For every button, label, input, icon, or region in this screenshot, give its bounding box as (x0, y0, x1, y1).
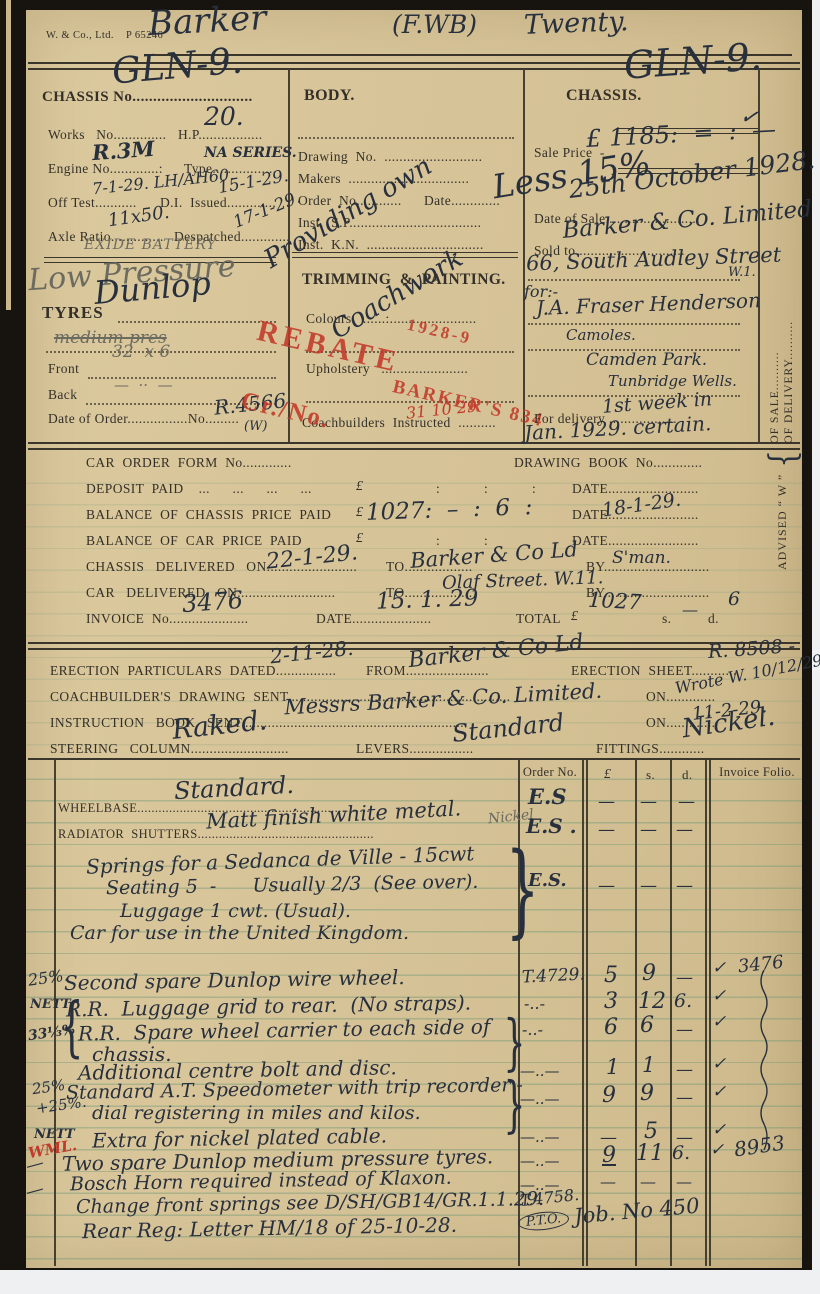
row3-d: — (676, 878, 693, 896)
row1-pounds: — (598, 794, 615, 812)
balance-chassis-currency: £ (356, 506, 363, 521)
chassis-record-card: W. & Co., Ltd. P 65246 Barker (F.WB) Twe… (26, 10, 802, 1268)
erection-dated-label: ERECTION PARTICULARS DATED..............… (50, 664, 336, 678)
total-currency: £ (571, 610, 578, 625)
total-d-value: 6 (728, 590, 740, 610)
row9-check: ✓ (712, 1122, 726, 1140)
inst-kn-label: Inst. K.N. .............................… (298, 238, 484, 252)
row5-order: -..- (524, 996, 545, 1013)
total-d-label: d. (708, 612, 719, 626)
row10-pounds: 9 (602, 1144, 616, 1167)
ledger-margin-line (54, 760, 56, 1266)
ledger-header-invoice-folio: Invoice Folio. (718, 766, 796, 779)
underlying-page-edge (6, 0, 11, 310)
row8-pounds: 9 (602, 1084, 616, 1107)
row4-s: 9 (642, 962, 656, 985)
row7-check: ✓ (712, 1056, 726, 1074)
balance-chassis-label: BALANCE OF CHASSIS PRICE PAID (86, 508, 331, 522)
ledger-pounds-line-b (586, 760, 588, 1266)
sold-to-address2: W.1. (728, 266, 756, 280)
hp-value: 20. (204, 104, 244, 130)
row4-d: — (676, 970, 693, 988)
balance-car-date-label: DATE........................ (572, 534, 699, 548)
body-date-label: Date............. (424, 194, 500, 208)
row11-s: — (640, 1174, 656, 1191)
type-value: NA SERIES. (204, 146, 297, 161)
row3-pounds: — (598, 878, 615, 896)
body-leader (298, 136, 514, 139)
row7-order: —..— (520, 1064, 560, 1080)
total-label: TOTAL (516, 612, 561, 626)
total-pounds: 1027 (587, 589, 642, 614)
sold-to-value: Barker & Co. Limited (561, 197, 812, 243)
ledger-header-pounds: £ (604, 768, 611, 783)
row2-pounds: — (598, 822, 615, 840)
customer-name: J.A. Fraser Henderson (536, 290, 762, 319)
front-label: Front (48, 362, 79, 376)
ledger-top-rule (28, 758, 800, 760)
row1-s: — (640, 794, 657, 812)
row6-d: — (676, 1022, 693, 1040)
row7-pounds: 1 (606, 1056, 619, 1078)
balance-car-currency: £ (356, 532, 363, 547)
row6-pounds: 6 (604, 1016, 618, 1039)
row8-desc2: dial registering in miles and kilos. (92, 1104, 421, 1124)
row8-check: ✓ (712, 1084, 726, 1102)
row9-order: —..— (520, 1130, 560, 1146)
row2-d: — (676, 822, 693, 840)
ledger-header-d: d. (682, 768, 693, 782)
customer-leader-1 (528, 322, 740, 325)
invoice-date-label: DATE..................... (316, 612, 431, 626)
row4-check: ✓ (712, 960, 726, 978)
drawing-no-label: Drawing No. .......................... (298, 150, 482, 164)
fittings-label: FITTINGS............ (596, 742, 705, 756)
steering-column-label: STEERING COLUMN.........................… (50, 742, 289, 756)
row1-order: E.S (528, 786, 566, 808)
invoice-no: 3476 (181, 588, 244, 617)
wheelbase-value: Standard. (173, 773, 294, 804)
body-title: BODY. (304, 88, 355, 105)
row11-d: — (676, 1174, 692, 1191)
deposit-currency: £ (356, 480, 363, 495)
row3-s: — (640, 878, 657, 896)
row10-s: 11 (636, 1142, 664, 1165)
columns-bottom-rule (28, 442, 800, 450)
deposit-label: DEPOSIT PAID ... ... ... ... (86, 482, 312, 496)
row8-d: — (676, 1090, 693, 1108)
sale-price-check: ✓ (738, 105, 760, 131)
ledger-pounds-line-a (582, 760, 584, 1266)
row8-order: —..— (520, 1092, 560, 1108)
row2-s: — (640, 822, 657, 840)
row10-d: 6. (672, 1144, 690, 1164)
rebate-stamp-name: BARKER'S 834 (391, 377, 546, 431)
chassis-right-value: GLN-9. (623, 37, 763, 86)
row7-d: — (676, 1062, 693, 1080)
address-leader-1 (528, 278, 740, 281)
deposit-colon-3: : (532, 482, 536, 496)
row5-s: 12 (638, 990, 666, 1013)
row9-s: 5 (644, 1120, 658, 1143)
row1-d: — (678, 794, 695, 812)
balance-chassis-value: 1027: – : 6 : (366, 495, 533, 525)
row6-order: -..- (522, 1022, 543, 1039)
tyres-leader (118, 320, 276, 323)
drawing-book-label: DRAWING BOOK No............. (514, 456, 702, 470)
inst-sp-label: Inst. S.P...............................… (298, 216, 481, 230)
coachbuilder-name: Barker (147, 1, 267, 43)
customer-address1: Camoles. (566, 328, 636, 344)
total-s-label: s. (662, 612, 671, 626)
tyres-value: Dunlop (93, 267, 212, 311)
chassis-delivered-by: S'man. (612, 550, 671, 568)
springs-line4: Car for use in the United Kingdom. (70, 924, 409, 944)
rebate-stamp-line1: REBATE (254, 315, 403, 378)
chassis-right-label: CHASSIS. (566, 88, 642, 105)
springs-line3: Luggage 1 cwt. (Usual). (120, 902, 351, 922)
chassis-code: (F.WB) (392, 12, 477, 38)
printer-mark: W. & Co., Ltd. P 65246 (46, 30, 163, 41)
axle-ratio-value: 11x50. (107, 204, 171, 231)
model-name: Twenty. (524, 8, 630, 40)
row6-check: ✓ (712, 1014, 726, 1032)
customer-address2: Camden Park. (586, 352, 707, 370)
deposit-colon-2: : (484, 482, 488, 496)
row5-pounds: 3 (604, 990, 618, 1013)
row11-pounds: — (600, 1174, 616, 1191)
back-value: — ·· — (114, 378, 173, 394)
chassis-no-value: GLN-9. (111, 42, 244, 91)
row4-order: T.4729. (522, 966, 586, 987)
rebate-stamp-line2: Cr./No. (238, 388, 385, 446)
customer-address3: Tunbridge Wells. (608, 374, 737, 390)
row8-s: 9 (640, 1082, 654, 1105)
deposit-colon-1: : (436, 482, 440, 496)
body-bottom-rule (292, 252, 518, 258)
front-value: 32 x 6 (112, 344, 170, 362)
trimming-title: TRIMMING & PAINTING. (302, 272, 506, 288)
row7-s: 1 (642, 1054, 655, 1076)
balance-car-label: BALANCE OF CAR PRICE PAID (86, 534, 302, 548)
body-order-no-label: Order No............ (298, 194, 402, 208)
car-order-form-label: CAR ORDER FORM No............. (86, 456, 292, 470)
row5-check: ✓ (712, 988, 726, 1006)
row6-s: 6 (640, 1014, 654, 1037)
ledger-s-line (635, 760, 637, 1266)
row4-pounds: 5 (604, 964, 618, 987)
row10-order: —..— (520, 1154, 560, 1170)
makers-label: Makers ................................ (298, 172, 469, 186)
advised-of-delivery: OF DELIVERY.......... (783, 321, 795, 444)
total-s-value: — (682, 602, 698, 619)
row10-check: ✓ (710, 1142, 724, 1160)
engine-no-value: R.3M (91, 138, 155, 164)
ledger-header-order-no: Order No. (520, 766, 580, 779)
ledger-folio-line-a (705, 760, 707, 1266)
date-of-order-label: Date of Order................No......... (48, 412, 239, 426)
ledger-folio-line-b (709, 760, 711, 1266)
row5-d: 6. (674, 992, 692, 1012)
ledger-header-s: s. (646, 768, 655, 782)
row3-order: E.S. (528, 872, 567, 891)
back-label: Back (48, 388, 77, 402)
invoice-date: 15. 1. 29 (376, 586, 479, 614)
advised-of-sale: OF SALE.......... (769, 321, 781, 444)
folio-squiggle (758, 970, 770, 1150)
ledger-d-line (670, 760, 672, 1266)
